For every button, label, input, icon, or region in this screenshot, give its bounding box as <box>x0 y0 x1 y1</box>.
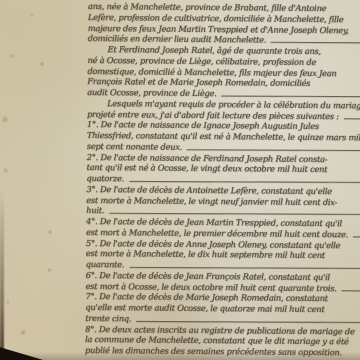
flourish-rule <box>109 213 360 215</box>
manuscript-line-text: est morte à Manchelette, le vingt neuf j… <box>86 194 337 207</box>
manuscript-line-text: sept cent nonante deux. <box>87 141 182 153</box>
page-edge-shadow <box>0 190 4 360</box>
flourish-rule <box>342 290 360 291</box>
manuscript-text: ans, née à Manchelette, province de Brab… <box>85 1 360 360</box>
manuscript-line-text: huit. <box>86 205 104 216</box>
flourish-rule <box>271 42 360 43</box>
flourish-rule <box>129 181 360 183</box>
manuscript-line-text: publié les dimanches des semaines précéd… <box>85 345 342 358</box>
foxing-spot <box>48 230 52 234</box>
flourish-rule <box>353 236 360 237</box>
foxing-spot <box>10 54 15 58</box>
foxing-spot <box>6 300 10 304</box>
manuscript-photo: ans, née à Manchelette, province de Brab… <box>0 0 360 360</box>
foxing-spot <box>2 116 8 123</box>
foxing-spot <box>20 330 26 335</box>
manuscript-line-text: trente cinq. <box>85 313 131 324</box>
manuscript-line: publié les dimanches des semaines précéd… <box>85 345 360 358</box>
flourish-rule <box>129 267 360 269</box>
flourish-rule <box>136 321 360 323</box>
photo-corner-shadow <box>0 344 50 360</box>
manuscript-line-text: quarante. <box>86 259 125 270</box>
foxing-spot <box>30 14 34 17</box>
foxing-spot <box>3 168 8 173</box>
foxing-spot <box>40 62 44 66</box>
flourish-rule <box>187 149 360 151</box>
manuscript-line-text: quatorze. <box>86 173 124 184</box>
flourish-rule <box>344 118 360 119</box>
flourish-rule <box>221 95 360 97</box>
foxing-spot <box>47 268 52 272</box>
